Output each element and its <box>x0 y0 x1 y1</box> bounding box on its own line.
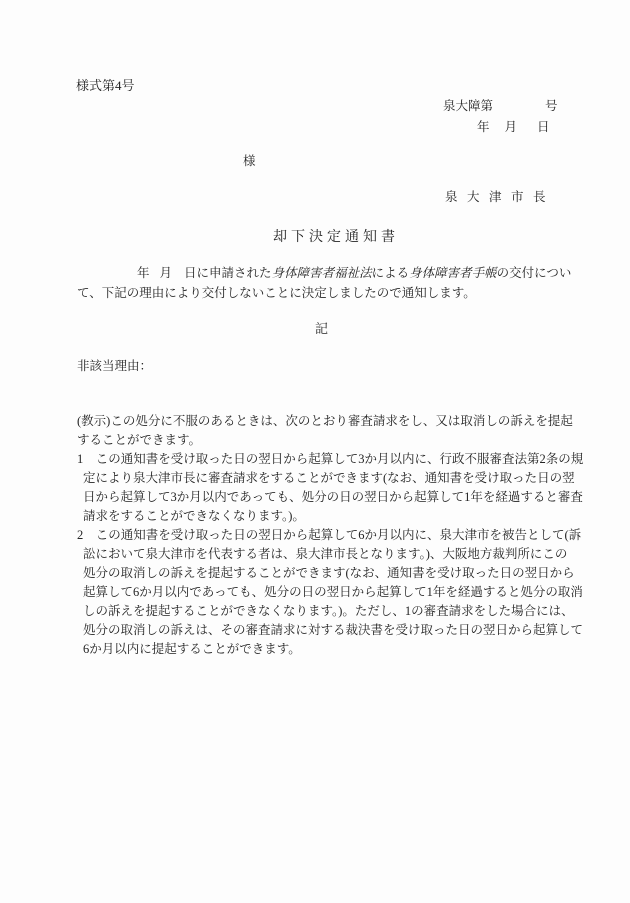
sender-name: 泉大津市長 <box>445 191 555 204</box>
body-line-1: 年月日に申請された身体障害者福祉法による身体障害者手帳の交付につい <box>77 267 571 280</box>
notice-item2-line-1: 2 この通知書を受け取った日の翌日から起算して6か月以内に、泉大津市を被告として… <box>77 529 581 542</box>
body-date-year: 年 <box>137 266 150 280</box>
body-line1-end-text: の交付につい <box>497 266 572 280</box>
law-name-text: 身体障害者福祉法 <box>272 266 372 280</box>
form-number-label: 様式第4号 <box>76 79 135 92</box>
notice-item1-line-2: 定により泉大津市長に審査請求をすることができます(なお、通知書を受け取った日の翌 <box>83 472 575 485</box>
header-date-month: 月 <box>505 120 518 134</box>
notice-item1-line-4: 請求をすることができなくなります。)。 <box>83 510 305 523</box>
body-line-2: て、下記の理由により交付しないことに決定しましたので通知します。 <box>77 287 476 300</box>
header-date-year: 年 <box>477 120 490 134</box>
notice-item1-line-3: 日から起算して3か月以内であっても、処分の日の翌日から起算して1年を経過すると審… <box>83 491 583 504</box>
body-text-after-date: に申請された <box>197 266 272 280</box>
notice-item1-line-1: 1 この通知書を受け取った日の翌日から起算して3か月以内に、行政不服審査法第2条… <box>77 453 583 466</box>
handbook-name-text: 身体障害者手帳 <box>409 266 497 280</box>
document-title: 却下決定通知書 <box>273 231 399 245</box>
document-number-suffix: 号 <box>545 99 558 113</box>
notice-item2-line-4: 起算して6か月以内であっても、処分の日の翌日から起算して1年を経過すると処分の取… <box>83 586 583 599</box>
notice-item2-line-6: 処分の取消しの訴えは、その審査請求に対する裁決書を受け取った日の翌日から起算して <box>83 624 583 637</box>
notice-item2-line-2: 訟において泉大津市を代表する者は、泉大津市長となります。)、大阪地方裁判所にこの <box>83 548 567 561</box>
document-number-prefix: 泉大障第 <box>443 99 493 113</box>
header-date-day: 日 <box>537 120 550 134</box>
notice-item2-line-7: 6か月以内に提起することができます。 <box>83 643 301 656</box>
body-date-month: 月 <box>160 266 173 280</box>
reason-label: 非該当理由： <box>77 360 152 373</box>
addressee-honorific: 様 <box>243 155 256 168</box>
header-date-line: 年月日 <box>477 121 550 134</box>
record-marker: 記 <box>315 322 328 335</box>
notice-intro-line-2: することができます。 <box>77 434 201 447</box>
notice-item2-line-3: 処分の取消しの訴えを提起することができます(なお、通知書を受け取った日の翌日から <box>83 567 575 580</box>
document-number-line: 泉大障第号 <box>443 100 558 113</box>
notice-intro-line-1: (教示)この処分に不服のあるときは、次のとおり審査請求をし、又は取消しの訴えを提… <box>77 415 573 428</box>
notice-item2-line-5: しの訴えを提起することができなくなります。)。ただし、1の審査請求をした場合には… <box>83 605 574 618</box>
document-page: 様式第4号 泉大障第号 年月日 様 泉大津市長 却下決定通知書 年月日に申請され… <box>0 0 630 903</box>
body-connector-text: による <box>372 266 410 280</box>
body-date-day: 日 <box>184 266 197 280</box>
